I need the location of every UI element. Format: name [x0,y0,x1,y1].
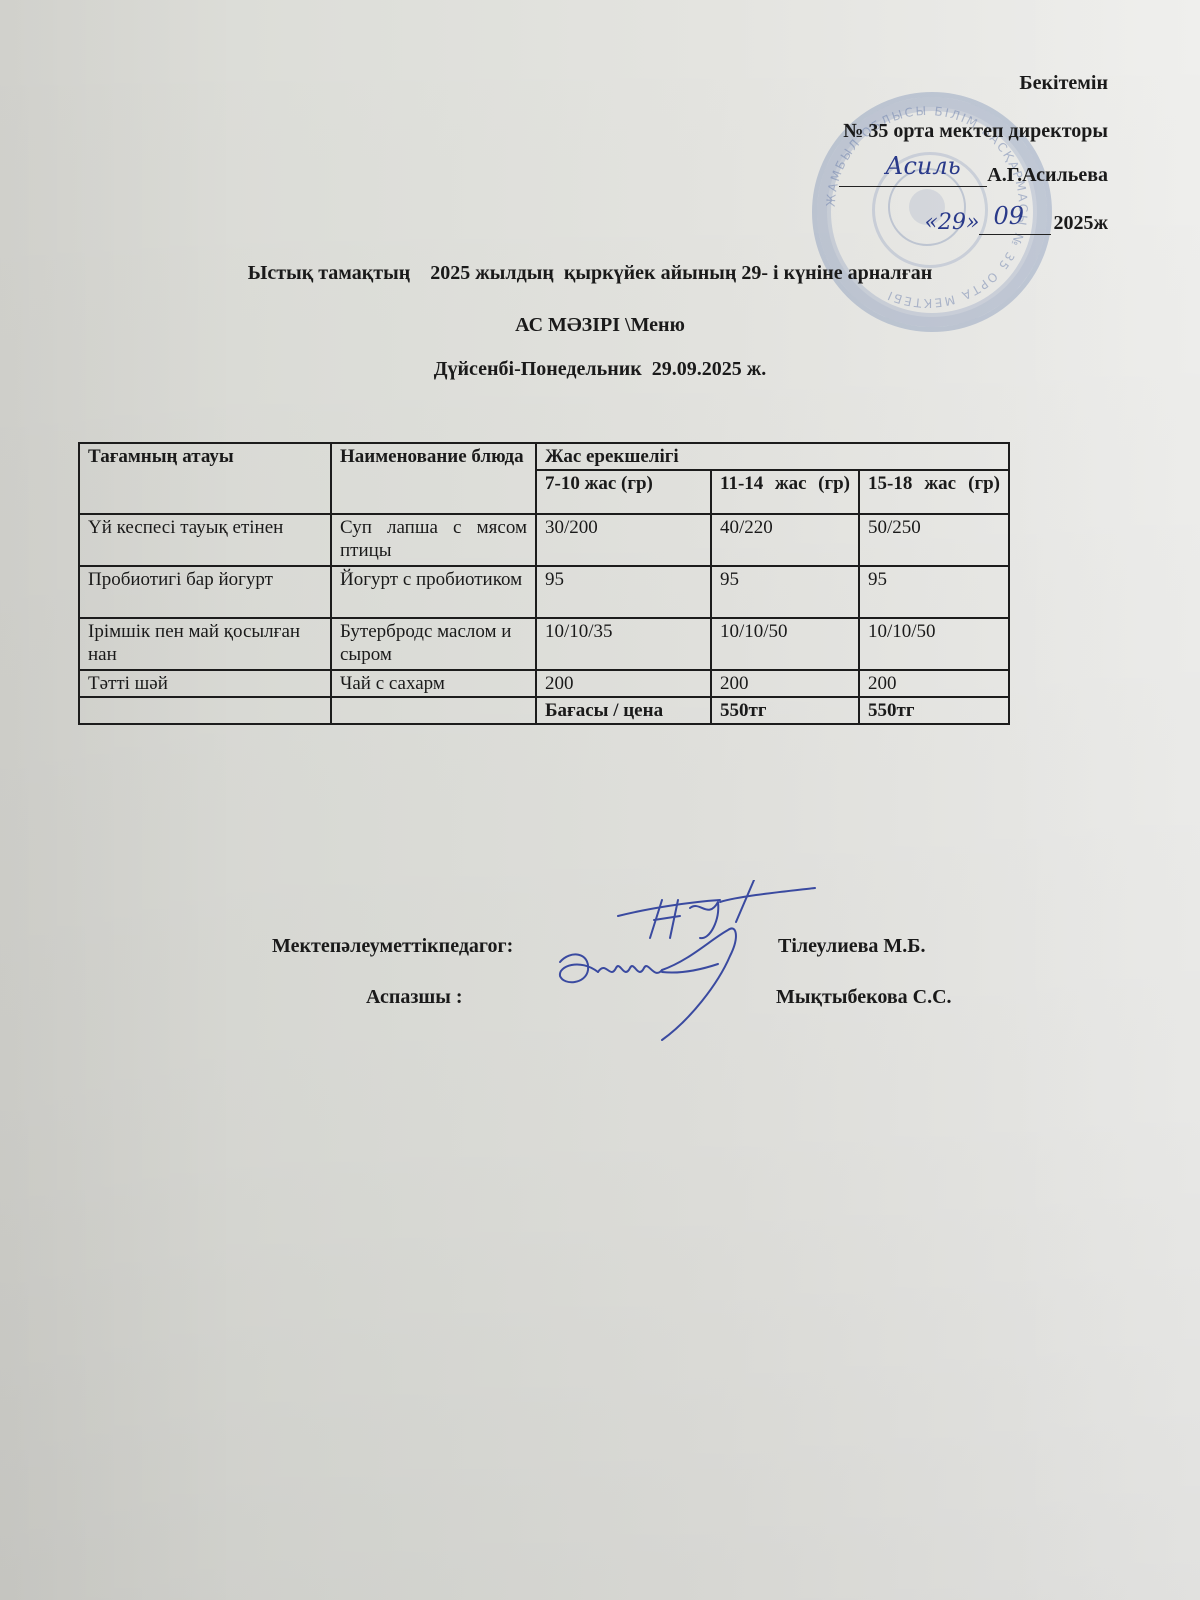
portion-7-10: 30/200 [536,514,711,566]
date-day: 29 [938,210,966,235]
date-year: 2025ж [1053,212,1108,235]
date-month: 09 [993,202,1024,230]
portion-11-14: 200 [711,670,859,697]
price-label: Бағасы / цена [536,697,711,724]
approval-date: « 29 » 09 2025ж [925,210,1108,235]
portion-15-18: 200 [859,670,1009,697]
price-row: Бағасы / цена 550тг 550тг [79,697,1009,724]
header-name-kz: Тағамның атауы [79,443,331,514]
header-age-7-10: 7-10 жас (гр) [536,470,711,514]
dish-name-kz: Үй кеспесі тауық етінен [79,514,331,566]
director-name: А.Г.Асильева [987,164,1108,187]
dish-name-ru: Бутербродс маслом и сыром [331,618,536,670]
dish-name-ru: Чай с сахарм [331,670,536,697]
menu-heading: Ыстық тамақтың 2025 жылдың қыркүйек айын… [0,262,1190,285]
director-signature: Асиль [885,152,960,180]
dish-name-ru: Суп лапша с мясом птицы [331,514,536,566]
header-name-ru: Наименование блюда [331,443,536,514]
empty-cell [331,697,536,724]
social-pedagogue-label: Мектепәлеуметтікпедагог: [272,935,513,958]
dish-name-kz: Пробиотигі бар йогурт [79,566,331,618]
portion-7-10: 95 [536,566,711,618]
portion-15-18: 10/10/50 [859,618,1009,670]
table-header-row: Тағамның атауы Наименование блюда Жас ер… [79,443,1009,470]
portion-15-18: 50/250 [859,514,1009,566]
price-15-18: 550тг [859,697,1009,724]
handwritten-signatures-icon [550,880,850,1060]
portion-7-10: 200 [536,670,711,697]
table-row: Тәтті шәй Чай с сахарм 200 200 200 [79,670,1009,697]
dish-name-kz: Тәтті шәй [79,670,331,697]
director-signature-field: Асиль [839,164,987,187]
date-close-quote: » [966,210,979,235]
header-age-15-18: 15-18 жас (гр) [859,470,1009,514]
cook-label: Аспазшы : [366,986,463,1009]
menu-date: Дүйсенбі-Понедельник 29.09.2025 ж. [0,358,1200,381]
portion-11-14: 95 [711,566,859,618]
approval-school: № 35 орта мектеп директоры [843,120,1108,143]
portion-11-14: 10/10/50 [711,618,859,670]
portion-11-14: 40/220 [711,514,859,566]
dish-name-ru: Йогурт с пробиотиком [331,566,536,618]
table-row: Пробиотигі бар йогурт Йогурт с пробиотик… [79,566,1009,618]
header-age-group: Жас ерекшелігі [536,443,1009,470]
empty-cell [79,697,331,724]
portion-7-10: 10/10/35 [536,618,711,670]
menu-table: Тағамның атауы Наименование блюда Жас ер… [78,442,1010,725]
table-row: Ірімшік пен май қосылған нан Бутербродс … [79,618,1009,670]
menu-title: АС МӘЗІРІ \Меню [0,314,1200,337]
table-row: Үй кеспесі тауық етінен Суп лапша с мясо… [79,514,1009,566]
price-11-14: 550тг [711,697,859,724]
dish-name-kz: Ірімшік пен май қосылған нан [79,618,331,670]
portion-15-18: 95 [859,566,1009,618]
header-age-11-14: 11-14 жас (гр) [711,470,859,514]
director-signature-line: Асиль А.Г.Асильева [839,164,1108,187]
date-month-field: 09 [979,212,1051,235]
date-open-quote: « [925,210,938,235]
approval-title: Бекітемін [1019,72,1108,95]
